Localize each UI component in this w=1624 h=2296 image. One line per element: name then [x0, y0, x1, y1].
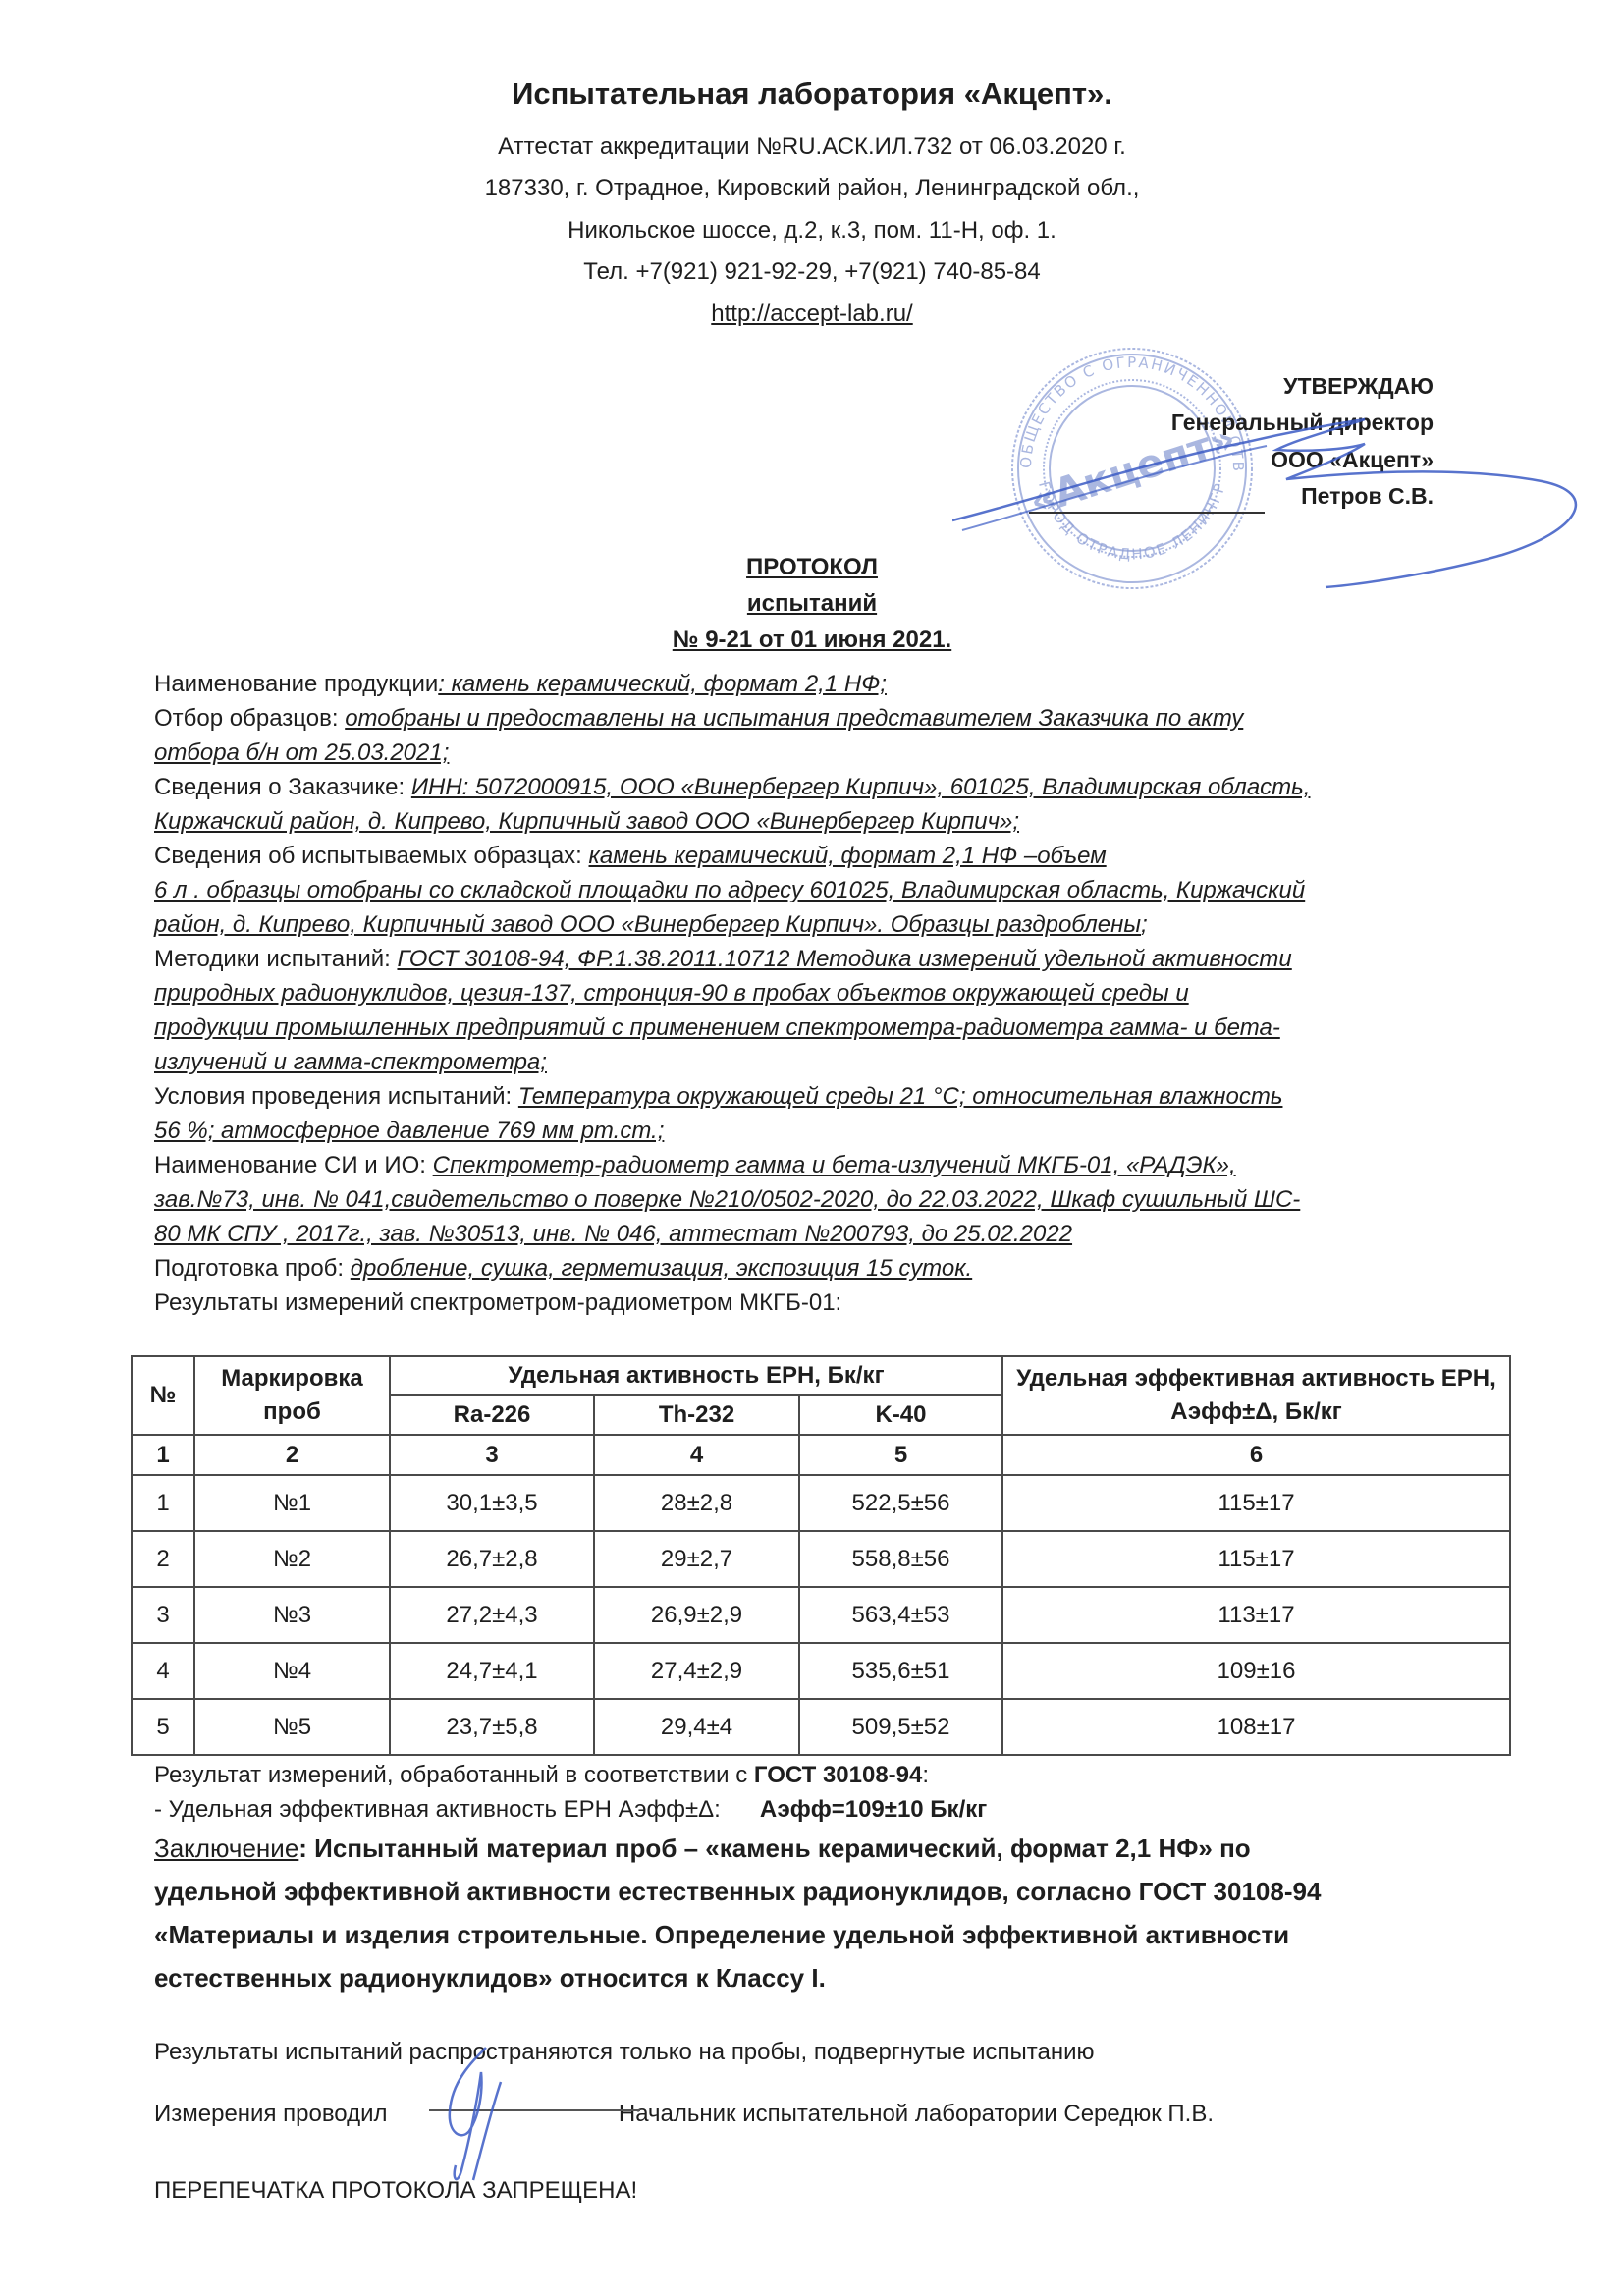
- customer-value: ИНН: 5072000915, ООО «Винербергер Кирпич…: [411, 774, 1311, 800]
- column-number: 6: [1002, 1435, 1510, 1475]
- header-marking: Маркировка проб: [194, 1356, 390, 1435]
- conditions-value: Температура окружающей среды 21 °С; отно…: [518, 1083, 1283, 1110]
- cell-k40: 509,5±52: [799, 1699, 1002, 1755]
- table-row: 1№130,1±3,528±2,8522,5±56115±17: [132, 1475, 1510, 1531]
- cell-effective: 115±17: [1002, 1475, 1510, 1531]
- conclusion-line-2: удельной эффективной активности естестве…: [154, 1870, 1509, 1913]
- cell-k40: 563,4±53: [799, 1587, 1002, 1643]
- preparation-value: дробление, сушка, герметизация, экспозиц…: [351, 1255, 972, 1282]
- effective-activity-label: - Удельная эффективная активность ЕРН Аэ…: [154, 1796, 721, 1823]
- cell-marking: №1: [194, 1475, 390, 1531]
- preparation-row: Подготовка проб: дробление, сушка, герме…: [154, 1251, 1509, 1285]
- protocol-number: № 9-21 от 01 июня 2021.: [0, 627, 1624, 654]
- cell-ra226: 26,7±2,8: [390, 1531, 594, 1587]
- methods-value-cont-3: излучений и гамма-спектрометра;: [154, 1049, 547, 1075]
- measured-by-label: Измерения проводил: [154, 2101, 388, 2127]
- cell-num: 3: [132, 1587, 194, 1643]
- conditions-label: Условия проведения испытаний:: [154, 1083, 518, 1110]
- cell-num: 1: [132, 1475, 194, 1531]
- website-link[interactable]: http://accept-lab.ru/: [711, 301, 912, 327]
- table-row: 3№327,2±4,326,9±2,9563,4±53113±17: [132, 1587, 1510, 1643]
- cell-th232: 28±2,8: [594, 1475, 799, 1531]
- conditions-value-cont: 56 %; атмосферное давление 769 мм рт.ст.…: [154, 1118, 664, 1144]
- equipment-label: Наименование СИ и ИО:: [154, 1152, 433, 1178]
- methods-label: Методики испытаний:: [154, 946, 397, 972]
- processed-result: Результат измерений, обработанный в соот…: [154, 1758, 1509, 1792]
- cell-k40: 522,5±56: [799, 1475, 1002, 1531]
- cell-num: 2: [132, 1531, 194, 1587]
- column-number: 3: [390, 1435, 594, 1475]
- equipment-value-cont-1: зав.№73, инв. № 041,свидетельство о пове…: [154, 1186, 1300, 1213]
- preparation-label: Подготовка проб:: [154, 1255, 351, 1282]
- scope-note: Результаты испытаний распространяются то…: [154, 2035, 1509, 2069]
- address-line-2: Никольское шоссе, д.2, к.3, пом. 11-Н, о…: [0, 217, 1624, 245]
- sampling-row: Отбор образцов: отобраны и предоставлены…: [154, 701, 1509, 736]
- head-of-lab: Начальник испытательной лаборатории Сере…: [619, 2101, 1214, 2127]
- results-table: № Маркировка проб Удельная активность ЕР…: [131, 1355, 1511, 1756]
- equipment-row: Наименование СИ и ИО: Спектрометр-радиом…: [154, 1148, 1509, 1182]
- column-number: 5: [799, 1435, 1002, 1475]
- product-value: : камень керамический, формат 2,1 НФ;: [438, 671, 887, 697]
- column-number: 2: [194, 1435, 390, 1475]
- measurement-summary: Результат измерений, обработанный в соот…: [154, 1758, 1509, 1827]
- conclusion-line-3: «Материалы и изделия строительные. Опред…: [154, 1913, 1509, 1956]
- equipment-value-cont-2: 80 МК СПУ , 2017г., зав. №30513, инв. № …: [154, 1221, 1072, 1247]
- header-effective: Удельная эффективная активность ЕРН, Аэф…: [1002, 1356, 1510, 1435]
- sampling-value: отобраны и предоставлены на испытания пр…: [345, 705, 1243, 732]
- processed-gost: ГОСТ 30108-94: [754, 1762, 922, 1788]
- director-signature-icon: [952, 334, 1600, 589]
- signature-row: Измерения проводил Начальник испытательн…: [154, 2097, 1509, 2131]
- cell-marking: №3: [194, 1587, 390, 1643]
- cell-marking: №5: [194, 1699, 390, 1755]
- samples-value-cont-1: 6 л . образцы отобраны со складской площ…: [154, 877, 1305, 903]
- protocol-title: ПРОТОКОЛ: [0, 554, 1624, 581]
- product-row: Наименование продукции: камень керамичес…: [154, 667, 1509, 701]
- phones-line: Тел. +7(921) 921-92-29, +7(921) 740-85-8…: [0, 258, 1624, 286]
- processed-prefix: Результат измерений, обработанный в соот…: [154, 1762, 754, 1788]
- customer-value-cont: Киржачский район, д. Кипрево, Кирпичный …: [154, 808, 1019, 835]
- cell-num: 5: [132, 1699, 194, 1755]
- effective-activity-value: Аэфф=109±10 Бк/кг: [760, 1796, 987, 1823]
- cell-ra226: 27,2±4,3: [390, 1587, 594, 1643]
- cell-num: 4: [132, 1643, 194, 1699]
- cell-th232: 27,4±2,9: [594, 1643, 799, 1699]
- cell-effective: 109±16: [1002, 1643, 1510, 1699]
- protocol-subtitle: испытаний: [0, 590, 1624, 618]
- conclusion-line-4: естественных радионуклидов» относится к …: [154, 1956, 1509, 1999]
- table-row: 4№424,7±4,127,4±2,9535,6±51109±16: [132, 1643, 1510, 1699]
- customer-label: Сведения о Заказчике:: [154, 774, 411, 800]
- header-ra226: Ra-226: [390, 1395, 594, 1435]
- cell-k40: 535,6±51: [799, 1643, 1002, 1699]
- header-th232: Th-232: [594, 1395, 799, 1435]
- cell-th232: 29,4±4: [594, 1699, 799, 1755]
- lab-title: Испытательная лаборатория «Акцепт».: [0, 77, 1624, 112]
- cell-effective: 115±17: [1002, 1531, 1510, 1587]
- header-num: №: [132, 1356, 194, 1435]
- samples-value: камень керамический, формат 2,1 НФ –объе…: [589, 843, 1107, 869]
- methods-row: Методики испытаний: ГОСТ 30108-94, ФР.1.…: [154, 942, 1509, 976]
- cell-k40: 558,8±56: [799, 1531, 1002, 1587]
- cell-marking: №4: [194, 1643, 390, 1699]
- cell-th232: 29±2,7: [594, 1531, 799, 1587]
- cell-ra226: 24,7±4,1: [390, 1643, 594, 1699]
- cell-marking: №2: [194, 1531, 390, 1587]
- sampling-label: Отбор образцов:: [154, 705, 345, 732]
- effective-activity-row: - Удельная эффективная активность ЕРН Аэ…: [154, 1792, 1509, 1827]
- samples-value-cont-2: район, д. Кипрево, Кирпичный завод ООО «…: [154, 911, 1141, 938]
- column-number: 4: [594, 1435, 799, 1475]
- samples-value-end: ;: [1141, 911, 1148, 938]
- samples-row: Сведения об испытываемых образцах: камен…: [154, 839, 1509, 873]
- conclusion-colon: :: [298, 1833, 314, 1863]
- conclusion-block: Заключение: Испытанный материал проб – «…: [154, 1827, 1509, 1999]
- samples-label: Сведения об испытываемых образцах:: [154, 843, 589, 869]
- methods-value: ГОСТ 30108-94, ФР.1.38.2011.10712 Методи…: [397, 946, 1291, 972]
- header-activity-group: Удельная активность ЕРН, Бк/кг: [390, 1356, 1002, 1395]
- results-intro: Результаты измерений спектрометром-радио…: [154, 1285, 1509, 1320]
- customer-row: Сведения о Заказчике: ИНН: 5072000915, О…: [154, 770, 1509, 804]
- reprint-warning: ПЕРЕПЕЧАТКА ПРОТОКОЛА ЗАПРЕЩЕНА!: [154, 2173, 1509, 2208]
- conditions-row: Условия проведения испытаний: Температур…: [154, 1079, 1509, 1114]
- measurer-signature-icon: [393, 2043, 530, 2190]
- column-number: 1: [132, 1435, 194, 1475]
- protocol-details: Наименование продукции: камень керамичес…: [154, 667, 1509, 1320]
- conclusion-line-1: Испытанный материал проб – «камень керам…: [314, 1833, 1251, 1863]
- cell-ra226: 30,1±3,5: [390, 1475, 594, 1531]
- cell-effective: 108±17: [1002, 1699, 1510, 1755]
- table-row: 2№226,7±2,829±2,7558,8±56115±17: [132, 1531, 1510, 1587]
- cell-th232: 26,9±2,9: [594, 1587, 799, 1643]
- table-row: 5№523,7±5,829,4±4509,5±52108±17: [132, 1699, 1510, 1755]
- sampling-value-cont: отбора б/н от 25.03.2021;: [154, 739, 449, 766]
- processed-suffix: :: [922, 1762, 929, 1788]
- product-label: Наименование продукции: [154, 671, 438, 697]
- header-k40: K-40: [799, 1395, 1002, 1435]
- methods-value-cont-1: природных радионуклидов, цезия-137, стро…: [154, 980, 1189, 1007]
- cell-effective: 113±17: [1002, 1587, 1510, 1643]
- address-line-1: 187330, г. Отрадное, Кировский район, Ле…: [0, 175, 1624, 202]
- accreditation-line: Аттестат аккредитации №RU.АСК.ИЛ.732 от …: [0, 134, 1624, 161]
- cell-ra226: 23,7±5,8: [390, 1699, 594, 1755]
- equipment-value: Спектрометр-радиометр гамма и бета-излуч…: [433, 1152, 1236, 1178]
- conclusion-label: Заключение: [154, 1833, 298, 1863]
- methods-value-cont-2: продукции промышленных предприятий с при…: [154, 1014, 1280, 1041]
